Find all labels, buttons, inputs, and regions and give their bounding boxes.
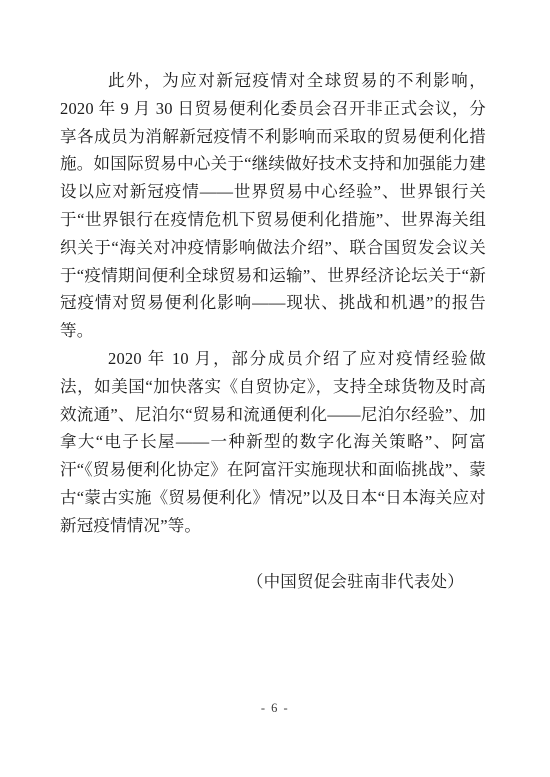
signature-line: （中国贸促会驻南非代表处） — [60, 568, 486, 596]
document-page: 此外，为应对新冠疫情对全球贸易的不利影响，2020 年 9 月 30 日贸易便利… — [0, 0, 550, 777]
paragraph-1: 此外，为应对新冠疫情对全球贸易的不利影响，2020 年 9 月 30 日贸易便利… — [60, 67, 486, 345]
paragraph-2: 2020 年 10 月，部分成员介绍了应对疫情经验做法，如美国“加快落实《自贸协… — [60, 345, 486, 540]
page-number: - 6 - — [0, 701, 550, 716]
body-text: 此外，为应对新冠疫情对全球贸易的不利影响，2020 年 9 月 30 日贸易便利… — [60, 67, 486, 595]
